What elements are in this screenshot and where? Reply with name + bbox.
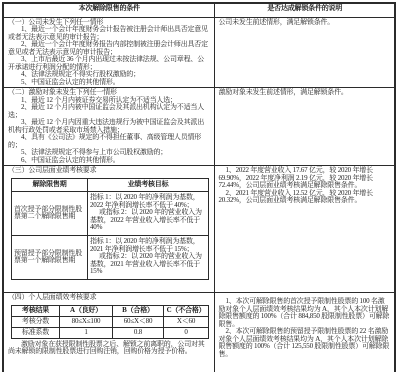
performance-row-first-grant: 首次授予部分限制性股票第二个解除限售期 指标 1：以 2020 年的净利润为基数… bbox=[12, 191, 209, 235]
section1-item: 5、中国证监会认定的其他情形。 bbox=[8, 79, 211, 87]
row-personal-performance: （四）个人层面绩效考核要求 考核结果 A（良好） B（合格） C（不合格） bbox=[3, 293, 395, 372]
appraisal-cell: 60≤X＜80 bbox=[113, 316, 164, 327]
appraisal-table: 考核结果 A（良好） B（合格） C（不合格） 考核分数 80≤X≤100 60… bbox=[11, 305, 209, 339]
section4-result-1: 1、本次可解除限售的首次授予限制性股票的 100 名激励对象个人层面绩效考核结果… bbox=[219, 298, 392, 328]
appraisal-cell: 考核分数 bbox=[12, 316, 60, 327]
appraisal-coefficient-row: 标准系数 1 0.8 0 bbox=[12, 327, 209, 338]
section3-result-1: 1、2022 年度营业收入 17.67 亿元，较 2020 年增长 69.90%… bbox=[219, 167, 392, 190]
goal-indicator-2: 或指标 2：以 2020 年的营业收入为基数，2022 年营业收入增长率不低于 … bbox=[90, 209, 206, 232]
cell-grantee-result: 激励对象未发生前述情形，满足解锁条件。 bbox=[214, 88, 395, 166]
appraisal-cell: X＜60 bbox=[164, 316, 209, 327]
performance-row-reserved-grant: 预留授予部分限制性股票第一个解除限售期 指标 1：以 2020 年的净利润为基数… bbox=[12, 235, 209, 279]
cell-company-situations: （一）公司未发生下列任一情形 1、最近一个会计年度财务会计报告被注册会计师出具否… bbox=[3, 17, 214, 88]
section1-item: 2、最近一个会计年度财务报告内部控制被注册会计师出具否定意见或者无法表示意见的审… bbox=[8, 41, 211, 56]
section2-item: 6、中国证监会认定的其他情形。 bbox=[8, 157, 211, 165]
section4-title: （四）个人层面绩效考核要求 bbox=[8, 294, 211, 302]
performance-table-header: 解除限售期 业绩考核目标 bbox=[12, 178, 209, 191]
cell-company-performance: （三）公司层面业绩考核要求 解除限售期 业绩考核目标 首次授予部分限制性股票第二… bbox=[3, 166, 214, 293]
appraisal-cell: C（不合格） bbox=[164, 305, 209, 316]
goal-indicator-2: 或指标 2：以 2020 年的营业收入为基数，2021 年营业收入增长率不低于 … bbox=[90, 253, 206, 276]
appraisal-cell: A（良好） bbox=[60, 305, 113, 316]
appraisal-cell: 0 bbox=[164, 327, 209, 338]
repurchase-note: 激励对象在获授限制性股票之后、解锁之前离职的，公司对其尚未解锁的限制性股票进行回… bbox=[8, 341, 211, 356]
appraisal-cell: 80≤X≤100 bbox=[60, 316, 113, 327]
section3-title: （三）公司层面业绩考核要求 bbox=[8, 167, 211, 175]
section3-result-2: 2、2021 年度营业收入 12.52 亿元，较 2020 年增长 20.32%… bbox=[219, 190, 392, 205]
cell-grantee-situations: （二）激励对象未发生下列任一情形 1、最近 12 个月内被证券交易所认定为不适当… bbox=[3, 88, 214, 166]
section2-item: 3、最近 12 个月内因重大违法违规行为被中国证监会及其派出机构行政处罚或者采取… bbox=[8, 119, 211, 134]
cell-personal-performance: （四）个人层面绩效考核要求 考核结果 A（良好） B（合格） C（不合格） bbox=[3, 293, 214, 372]
goal-cell: 指标 1：以 2020 年的净利润为基数，2022 年净利润增长率不低于 40%… bbox=[88, 191, 209, 235]
period-cell: 首次授予部分限制性股票第二个解除限售期 bbox=[12, 191, 88, 235]
appraisal-cell: 1 bbox=[60, 327, 113, 338]
section1-result: 公司未发生前述情形，满足解锁条件。 bbox=[219, 19, 392, 27]
col-performance-goal: 业绩考核目标 bbox=[88, 178, 209, 191]
unlock-conditions-table: 本次解除限售的条件 是否达成解锁条件的说明 （一）公司未发生下列任一情形 1、最… bbox=[2, 2, 396, 372]
appraisal-cell: B（合格） bbox=[113, 305, 164, 316]
appraisal-cell: 0.8 bbox=[113, 327, 164, 338]
cell-personal-performance-result: 1、本次可解除限售的首次授予限制性股票的 100 名激励对象个人层面绩效考核结果… bbox=[214, 293, 395, 372]
header-conditions: 本次解除限售的条件 bbox=[3, 3, 214, 17]
section1-item: 3、上市后最近 36 个月内出现过未按法律法规、公司章程、公开承诺进行利润分配的… bbox=[8, 56, 211, 71]
goal-indicator-1: 指标 1：以 2020 年的净利润为基数，2022 年净利润增长率不低于 40%… bbox=[90, 194, 206, 209]
goal-indicator-1: 指标 1：以 2020 年的净利润为基数，2021 年净利润增长率不低于 15%… bbox=[90, 238, 206, 253]
cell-company-result: 公司未发生前述情形，满足解锁条件。 bbox=[214, 17, 395, 88]
header-explanation: 是否达成解锁条件的说明 bbox=[214, 3, 395, 17]
appraisal-result-row: 考核结果 A（良好） B（合格） C（不合格） bbox=[12, 305, 209, 316]
section1-item: 1、最近一个会计年度财务会计报告被注册会计师出具否定意见或者无法表示意见的审计报… bbox=[8, 26, 211, 41]
cell-company-performance-result: 1、2022 年度营业收入 17.67 亿元，较 2020 年增长 69.90%… bbox=[214, 166, 395, 293]
row-company-situations: （一）公司未发生下列任一情形 1、最近一个会计年度财务会计报告被注册会计师出具否… bbox=[3, 17, 395, 88]
section4-result-2: 2、本次可解除限售的预留授予限制性股票的 22 名激励对象个人层面绩效考核结果均… bbox=[219, 328, 392, 358]
appraisal-cell: 考核结果 bbox=[12, 305, 60, 316]
section2-item: 2、最近 12 个月内被中国证监会及其派出机构认定为不适当人选； bbox=[8, 104, 211, 119]
section2-result: 激励对象未发生前述情形，满足解锁条件。 bbox=[219, 89, 392, 97]
goal-cell: 指标 1：以 2020 年的净利润为基数，2021 年净利润增长率不低于 15%… bbox=[88, 235, 209, 279]
col-unlock-period: 解除限售期 bbox=[12, 178, 88, 191]
appraisal-score-row: 考核分数 80≤X≤100 60≤X＜80 X＜60 bbox=[12, 316, 209, 327]
performance-goal-table: 解除限售期 业绩考核目标 首次授予部分限制性股票第二个解除限售期 指标 1：以 … bbox=[11, 178, 209, 280]
appraisal-cell: 标准系数 bbox=[12, 327, 60, 338]
table-header-row: 本次解除限售的条件 是否达成解锁条件的说明 bbox=[3, 3, 395, 17]
period-cell: 预留授予部分限制性股票第一个解除限售期 bbox=[12, 235, 88, 279]
section2-item: 4、具有《公司法》规定的不得担任董事、高级管理人员情形的； bbox=[8, 134, 211, 149]
document-page: 本次解除限售的条件 是否达成解锁条件的说明 （一）公司未发生下列任一情形 1、最… bbox=[0, 0, 396, 372]
row-company-performance: （三）公司层面业绩考核要求 解除限售期 业绩考核目标 首次授予部分限制性股票第二… bbox=[3, 166, 395, 293]
row-grantee-situations: （二）激励对象未发生下列任一情形 1、最近 12 个月内被证券交易所认定为不适当… bbox=[3, 88, 395, 166]
